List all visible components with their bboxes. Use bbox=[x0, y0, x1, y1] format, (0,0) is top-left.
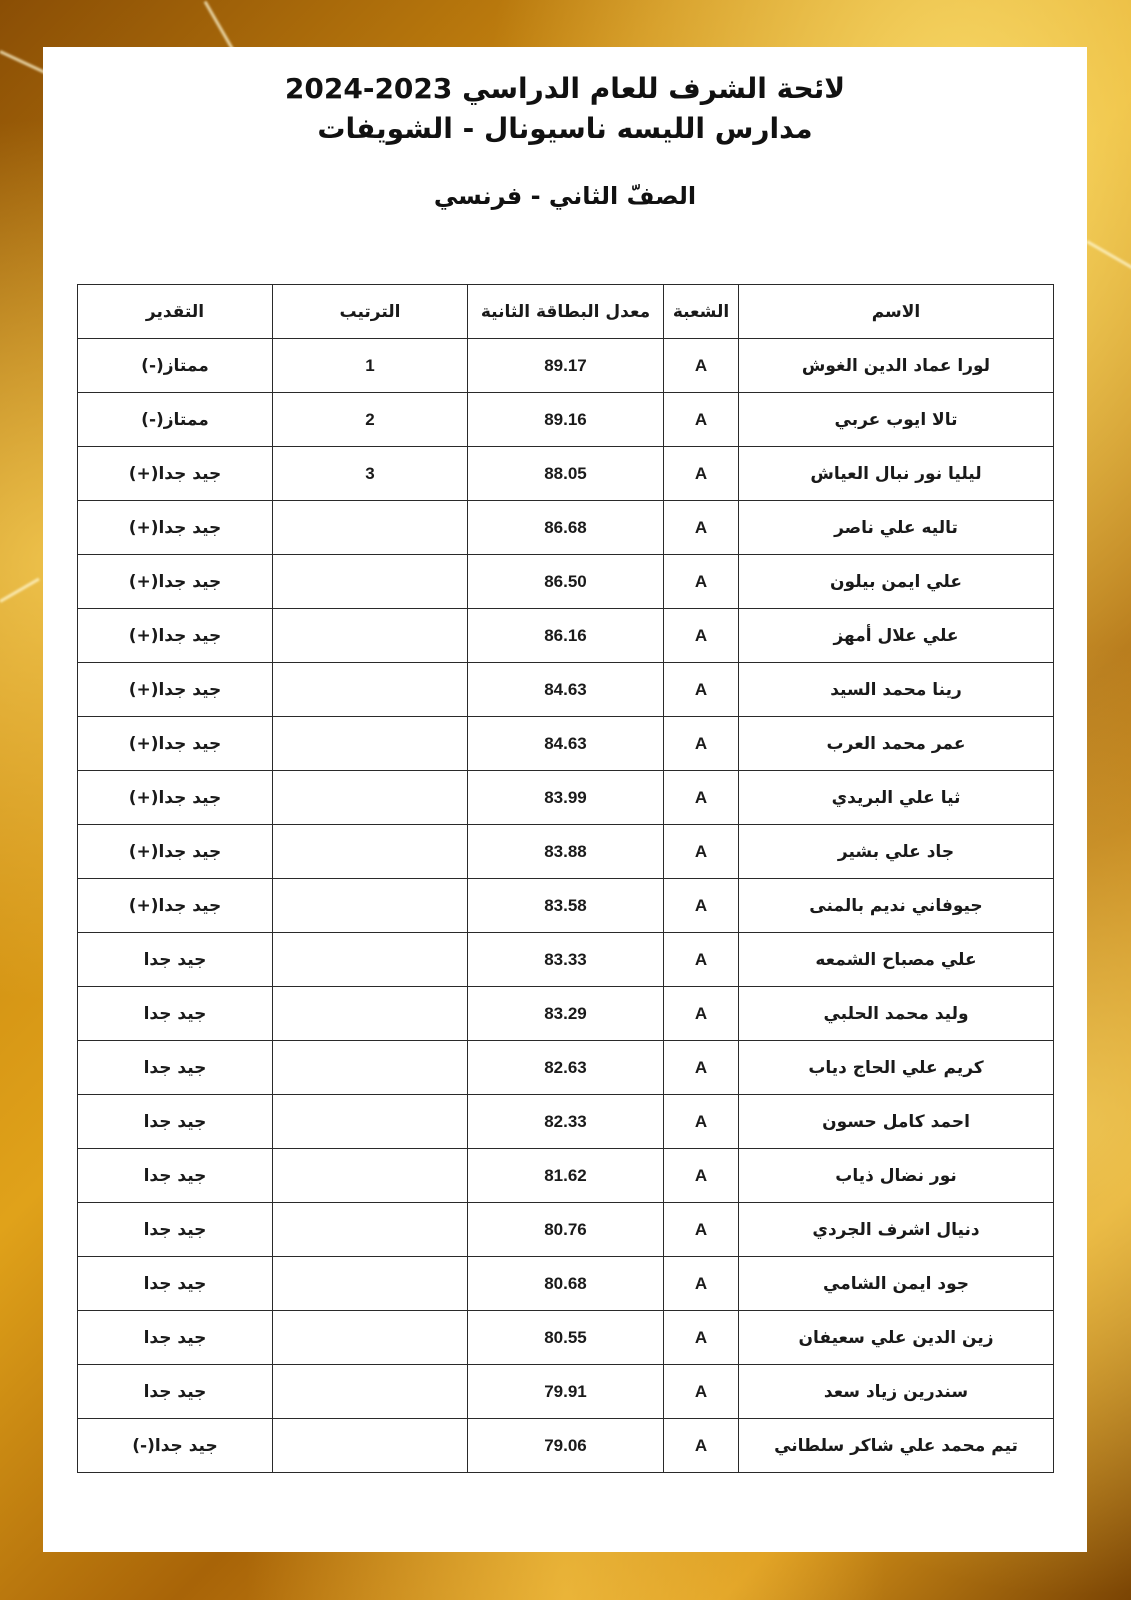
division-cell: A bbox=[664, 393, 739, 447]
division-cell: A bbox=[664, 555, 739, 609]
division-cell: A bbox=[664, 771, 739, 825]
student-name-cell: علي ايمن بيلون bbox=[739, 555, 1054, 609]
average-cell: 89.17 bbox=[468, 339, 664, 393]
table-row: كريم علي الحاج ديابA82.63جيد جدا bbox=[78, 1041, 1054, 1095]
division-cell: A bbox=[664, 609, 739, 663]
division-cell: A bbox=[664, 1257, 739, 1311]
column-header-average: معدل البطاقة الثانية bbox=[468, 285, 664, 339]
rank-cell bbox=[273, 1311, 468, 1365]
grade-cell: جيد جدا(+) bbox=[78, 825, 273, 879]
division-cell: A bbox=[664, 933, 739, 987]
grade-cell: جيد جدا(+) bbox=[78, 879, 273, 933]
student-name-cell: جيوفاني نديم بالمنى bbox=[739, 879, 1054, 933]
column-header-grade: التقدير bbox=[78, 285, 273, 339]
table-row: احمد كامل حسونA82.33جيد جدا bbox=[78, 1095, 1054, 1149]
student-name-cell: احمد كامل حسون bbox=[739, 1095, 1054, 1149]
student-name-cell: كريم علي الحاج دياب bbox=[739, 1041, 1054, 1095]
table-row: علي علال أمهزA86.16جيد جدا(+) bbox=[78, 609, 1054, 663]
grade-cell: جيد جدا bbox=[78, 1311, 273, 1365]
rank-cell bbox=[273, 1419, 468, 1473]
honor-table: الاسم الشعبة معدل البطاقة الثانية الترتي… bbox=[77, 284, 1054, 1473]
grade-cell: جيد جدا bbox=[78, 1041, 273, 1095]
student-name-cell: وليد محمد الحلبي bbox=[739, 987, 1054, 1041]
grade-cell: جيد جدا(+) bbox=[78, 771, 273, 825]
table-row: تالا ايوب عربيA89.162ممتاز(-) bbox=[78, 393, 1054, 447]
rank-cell bbox=[273, 1095, 468, 1149]
grade-cell: جيد جدا bbox=[78, 933, 273, 987]
grade-cell: جيد جدا(+) bbox=[78, 447, 273, 501]
rank-cell: 2 bbox=[273, 393, 468, 447]
grade-cell: جيد جدا(+) bbox=[78, 555, 273, 609]
student-name-cell: سندرين زياد سعد bbox=[739, 1365, 1054, 1419]
student-name-cell: ثيا علي البريدي bbox=[739, 771, 1054, 825]
rank-cell bbox=[273, 717, 468, 771]
table-row: زين الدين علي سعيفانA80.55جيد جدا bbox=[78, 1311, 1054, 1365]
table-row: جاد علي بشيرA83.88جيد جدا(+) bbox=[78, 825, 1054, 879]
rank-cell bbox=[273, 609, 468, 663]
division-cell: A bbox=[664, 879, 739, 933]
column-header-division: الشعبة bbox=[664, 285, 739, 339]
average-cell: 83.99 bbox=[468, 771, 664, 825]
table-row: جيوفاني نديم بالمنىA83.58جيد جدا(+) bbox=[78, 879, 1054, 933]
rank-cell bbox=[273, 987, 468, 1041]
document-title: لائحة الشرف للعام الدراسي 2023-2024 bbox=[43, 69, 1087, 109]
average-cell: 88.05 bbox=[468, 447, 664, 501]
grade-cell: جيد جدا bbox=[78, 1365, 273, 1419]
table-row: علي مصباح الشمعهA83.33جيد جدا bbox=[78, 933, 1054, 987]
average-cell: 80.55 bbox=[468, 1311, 664, 1365]
class-title: الصفّ الثاني - فرنسي bbox=[43, 179, 1087, 213]
table-row: لورا عماد الدين الغوشA89.171ممتاز(-) bbox=[78, 339, 1054, 393]
student-name-cell: جود ايمن الشامي bbox=[739, 1257, 1054, 1311]
table-row: وليد محمد الحلبيA83.29جيد جدا bbox=[78, 987, 1054, 1041]
background-light-streak bbox=[1086, 240, 1131, 273]
table-row: تيم محمد علي شاكر سلطانيA79.06جيد جدا(-) bbox=[78, 1419, 1054, 1473]
student-name-cell: دنيال اشرف الجردي bbox=[739, 1203, 1054, 1257]
division-cell: A bbox=[664, 1311, 739, 1365]
table-row: علي ايمن بيلونA86.50جيد جدا(+) bbox=[78, 555, 1054, 609]
school-name: مدارس الليسه ناسيونال - الشويفات bbox=[43, 109, 1087, 149]
grade-cell: جيد جدا(+) bbox=[78, 663, 273, 717]
column-header-rank: الترتيب bbox=[273, 285, 468, 339]
average-cell: 79.91 bbox=[468, 1365, 664, 1419]
division-cell: A bbox=[664, 717, 739, 771]
division-cell: A bbox=[664, 447, 739, 501]
division-cell: A bbox=[664, 339, 739, 393]
table-row: دنيال اشرف الجرديA80.76جيد جدا bbox=[78, 1203, 1054, 1257]
grade-cell: جيد جدا bbox=[78, 1257, 273, 1311]
table-row: سندرين زياد سعدA79.91جيد جدا bbox=[78, 1365, 1054, 1419]
student-name-cell: زين الدين علي سعيفان bbox=[739, 1311, 1054, 1365]
table-header-row: الاسم الشعبة معدل البطاقة الثانية الترتي… bbox=[78, 285, 1054, 339]
division-cell: A bbox=[664, 663, 739, 717]
rank-cell bbox=[273, 1203, 468, 1257]
document-header: لائحة الشرف للعام الدراسي 2023-2024 مدار… bbox=[43, 69, 1087, 213]
average-cell: 83.33 bbox=[468, 933, 664, 987]
rank-cell bbox=[273, 501, 468, 555]
rank-cell bbox=[273, 1365, 468, 1419]
rank-cell: 3 bbox=[273, 447, 468, 501]
table-row: نور نضال ذيابA81.62جيد جدا bbox=[78, 1149, 1054, 1203]
background-light-streak bbox=[0, 578, 40, 603]
average-cell: 83.29 bbox=[468, 987, 664, 1041]
table-row: تاليه علي ناصرA86.68جيد جدا(+) bbox=[78, 501, 1054, 555]
rank-cell bbox=[273, 1149, 468, 1203]
average-cell: 86.16 bbox=[468, 609, 664, 663]
table-row: جود ايمن الشاميA80.68جيد جدا bbox=[78, 1257, 1054, 1311]
average-cell: 89.16 bbox=[468, 393, 664, 447]
grade-cell: جيد جدا bbox=[78, 1203, 273, 1257]
division-cell: A bbox=[664, 1419, 739, 1473]
student-name-cell: ليليا نور نبال العياش bbox=[739, 447, 1054, 501]
division-cell: A bbox=[664, 987, 739, 1041]
grade-cell: ممتاز(-) bbox=[78, 393, 273, 447]
average-cell: 86.50 bbox=[468, 555, 664, 609]
student-name-cell: عمر محمد العرب bbox=[739, 717, 1054, 771]
student-name-cell: علي علال أمهز bbox=[739, 609, 1054, 663]
average-cell: 84.63 bbox=[468, 717, 664, 771]
average-cell: 81.62 bbox=[468, 1149, 664, 1203]
grade-cell: جيد جدا(+) bbox=[78, 501, 273, 555]
grade-cell: جيد جدا(-) bbox=[78, 1419, 273, 1473]
rank-cell bbox=[273, 933, 468, 987]
table-row: رينا محمد السيدA84.63جيد جدا(+) bbox=[78, 663, 1054, 717]
division-cell: A bbox=[664, 1149, 739, 1203]
student-name-cell: جاد علي بشير bbox=[739, 825, 1054, 879]
average-cell: 86.68 bbox=[468, 501, 664, 555]
student-name-cell: تيم محمد علي شاكر سلطاني bbox=[739, 1419, 1054, 1473]
average-cell: 80.76 bbox=[468, 1203, 664, 1257]
average-cell: 82.63 bbox=[468, 1041, 664, 1095]
division-cell: A bbox=[664, 501, 739, 555]
table-row: عمر محمد العربA84.63جيد جدا(+) bbox=[78, 717, 1054, 771]
division-cell: A bbox=[664, 1203, 739, 1257]
student-name-cell: رينا محمد السيد bbox=[739, 663, 1054, 717]
student-name-cell: تاليه علي ناصر bbox=[739, 501, 1054, 555]
rank-cell: 1 bbox=[273, 339, 468, 393]
student-name-cell: تالا ايوب عربي bbox=[739, 393, 1054, 447]
rank-cell bbox=[273, 663, 468, 717]
table-row: ليليا نور نبال العياشA88.053جيد جدا(+) bbox=[78, 447, 1054, 501]
rank-cell bbox=[273, 555, 468, 609]
rank-cell bbox=[273, 771, 468, 825]
student-name-cell: نور نضال ذياب bbox=[739, 1149, 1054, 1203]
division-cell: A bbox=[664, 825, 739, 879]
grade-cell: جيد جدا(+) bbox=[78, 609, 273, 663]
rank-cell bbox=[273, 1257, 468, 1311]
rank-cell bbox=[273, 1041, 468, 1095]
table-row: ثيا علي البريديA83.99جيد جدا(+) bbox=[78, 771, 1054, 825]
division-cell: A bbox=[664, 1365, 739, 1419]
average-cell: 79.06 bbox=[468, 1419, 664, 1473]
grade-cell: جيد جدا bbox=[78, 1095, 273, 1149]
average-cell: 83.88 bbox=[468, 825, 664, 879]
table-body: لورا عماد الدين الغوشA89.171ممتاز(-)تالا… bbox=[78, 339, 1054, 1473]
division-cell: A bbox=[664, 1041, 739, 1095]
average-cell: 83.58 bbox=[468, 879, 664, 933]
rank-cell bbox=[273, 825, 468, 879]
average-cell: 80.68 bbox=[468, 1257, 664, 1311]
average-cell: 84.63 bbox=[468, 663, 664, 717]
rank-cell bbox=[273, 879, 468, 933]
grade-cell: جيد جدا(+) bbox=[78, 717, 273, 771]
honor-list-document: لائحة الشرف للعام الدراسي 2023-2024 مدار… bbox=[43, 47, 1087, 1552]
average-cell: 82.33 bbox=[468, 1095, 664, 1149]
grade-cell: جيد جدا bbox=[78, 1149, 273, 1203]
student-name-cell: لورا عماد الدين الغوش bbox=[739, 339, 1054, 393]
grade-cell: جيد جدا bbox=[78, 987, 273, 1041]
student-name-cell: علي مصباح الشمعه bbox=[739, 933, 1054, 987]
division-cell: A bbox=[664, 1095, 739, 1149]
column-header-name: الاسم bbox=[739, 285, 1054, 339]
grade-cell: ممتاز(-) bbox=[78, 339, 273, 393]
